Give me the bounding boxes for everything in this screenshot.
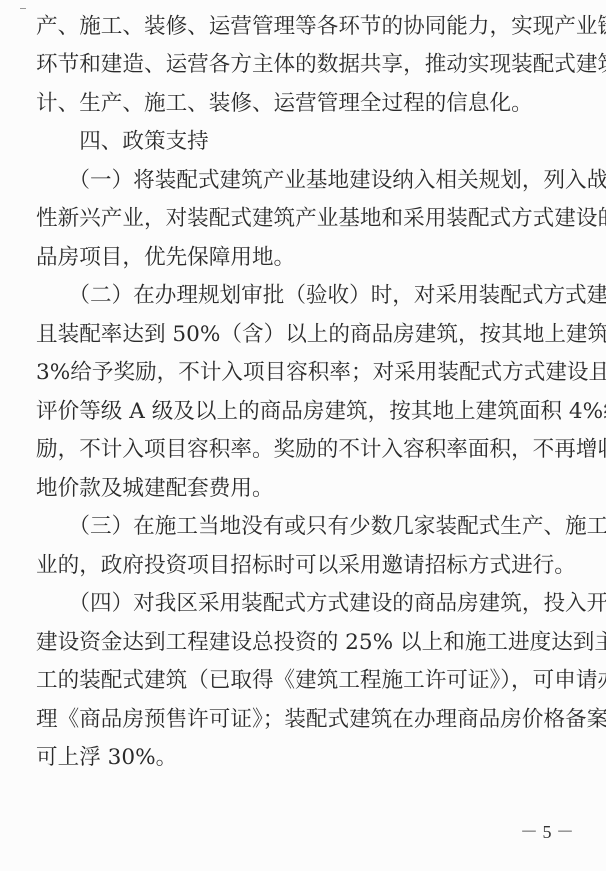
page-number: － 5 －	[520, 818, 574, 844]
text-line: 工的装配式建筑（已取得《建筑工程施工许可证》），可申请办	[36, 662, 570, 700]
text-line: 励，不计入项目容积率。奖励的不计入容积率面积，不再增收土	[36, 431, 570, 469]
text-line: 且装配率达到 50%（含）以上的商品房建筑，按其地上建筑面积	[36, 316, 570, 354]
text-line: 品房项目，优先保障用地。	[36, 239, 570, 277]
text-line: 环节和建造、运营各方主体的数据共享，推动实现装配式建筑设	[36, 46, 570, 84]
text-line: 业的，政府投资项目招标时可以采用邀请招标方式进行。	[36, 547, 570, 585]
text-line: 产、施工、装修、运营管理等各环节的协同能力，实现产业链各	[36, 8, 570, 46]
text-line: 理《商品房预售许可证》；装配式建筑在办理商品房价格备案时，	[36, 701, 570, 739]
text-line: （三）在施工当地没有或只有少数几家装配式生产、施工企	[36, 508, 570, 546]
text-line: 性新兴产业，对装配式建筑产业基地和采用装配式方式建设的商	[36, 200, 570, 238]
text-line: （一）将装配式建筑产业基地建设纳入相关规划，列入战略	[36, 162, 570, 200]
text-line: （四）对我区采用装配式方式建设的商品房建筑，投入开发	[36, 585, 570, 623]
text-line: 建设资金达到工程建设总投资的 25% 以上和施工进度达到主体施	[36, 624, 570, 662]
text-line: 计、生产、施工、装修、运营管理全过程的信息化。	[36, 85, 570, 123]
scan-speck	[20, 8, 26, 9]
text-line: 地价款及城建配套费用。	[36, 470, 570, 508]
text-line: 评价等级 A 级及以上的商品房建筑，按其地上建筑面积 4%给予奖	[36, 393, 570, 431]
text-line: （二）在办理规划审批（验收）时，对采用装配式方式建设	[36, 277, 570, 315]
text-line: 3%给予奖励，不计入项目容积率；对采用装配式方式建设且达到	[36, 354, 570, 392]
text-line: 可上浮 30%。	[36, 739, 570, 777]
section-heading: 四、政策支持	[36, 123, 570, 161]
